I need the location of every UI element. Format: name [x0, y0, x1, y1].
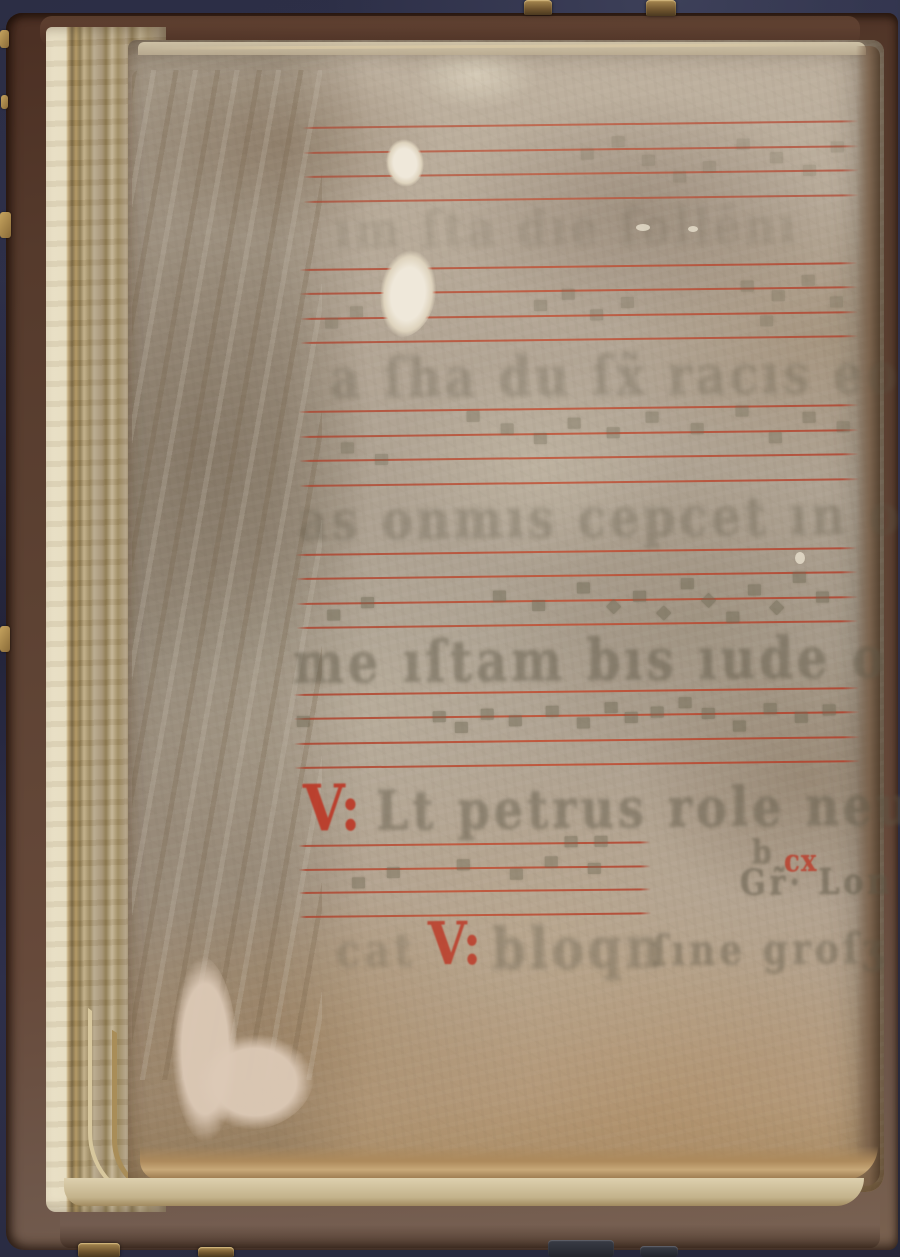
white-speck	[636, 224, 650, 231]
faded-chant-line-3: as onmıs cepcet ın o	[298, 483, 900, 553]
faded-chant-line-2: a ſha du ſx̃ racıs eo	[330, 341, 900, 411]
faded-word-bloqn: bloqn	[492, 915, 665, 983]
faded-words-sine-gros: ſıne groſʒ	[652, 924, 887, 976]
faded-chant-line-5: Lt petrus role neuere	[376, 773, 900, 843]
manuscript-photo: ım ſta dıe ſollēnıa ſha du ſx̃ racıs eoa…	[0, 0, 900, 1257]
versicle-initial-2: V:	[428, 908, 483, 978]
faded-word-cat: cat	[336, 923, 417, 979]
white-speck	[795, 552, 805, 564]
under-leaf-edge	[64, 1178, 864, 1206]
page-bottom-curl	[140, 1146, 878, 1180]
versicle-initial-1: V:	[303, 770, 362, 846]
faded-chant-line-4: me ıſtam bıs ıude o nı	[293, 624, 900, 697]
white-speck	[688, 226, 698, 232]
chant-text-layer: ım ſta dıe ſollēnıa ſha du ſx̃ racıs eoa…	[0, 0, 900, 1257]
marginal-gradual-mark: Gr̃· Lon	[740, 861, 894, 904]
